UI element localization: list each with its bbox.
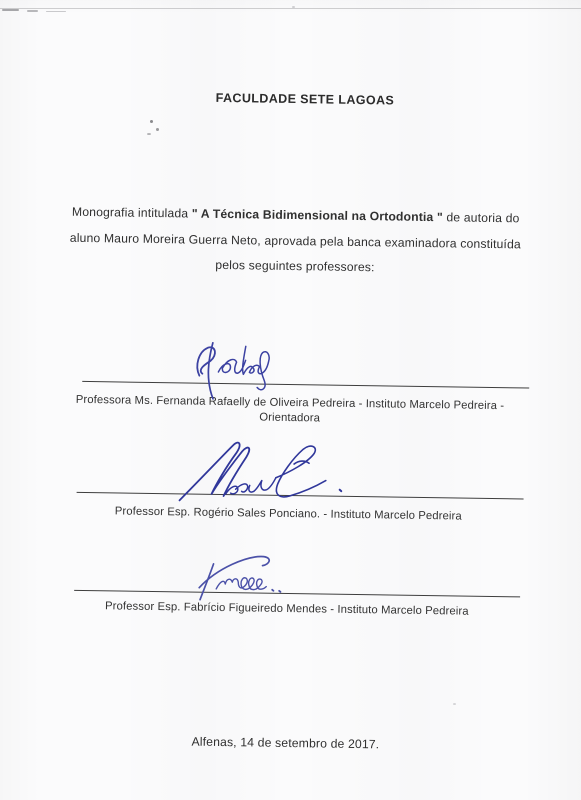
document-content: FACULDADE SETE LAGOAS Monografia intitul… <box>0 0 581 800</box>
approval-paragraph: Monografia intitulada " A Técnica Bidime… <box>60 200 531 283</box>
signature-caption-1: Professora Ms. Fernanda Rafaelly de Oliv… <box>60 393 520 430</box>
scanned-document-page: FACULDADE SETE LAGOAS Monografia intitul… <box>0 0 581 800</box>
institution-title: FACULDADE SETE LAGOAS <box>4 88 581 111</box>
handwritten-signature-pedreira <box>186 334 275 403</box>
handwritten-signature-ponciano <box>174 437 351 510</box>
date-line: Alfenas, 14 de setembro de 2017. <box>0 732 576 755</box>
handwritten-signature-mendes <box>189 551 308 607</box>
paragraph-line1-suffix: de autoria do <box>443 210 520 225</box>
monograph-title: " A Técnica Bidimensional na Ortodontia … <box>192 207 443 225</box>
paragraph-prefix: Monografia intitulada <box>72 205 192 221</box>
signature-line-1 <box>82 381 529 389</box>
